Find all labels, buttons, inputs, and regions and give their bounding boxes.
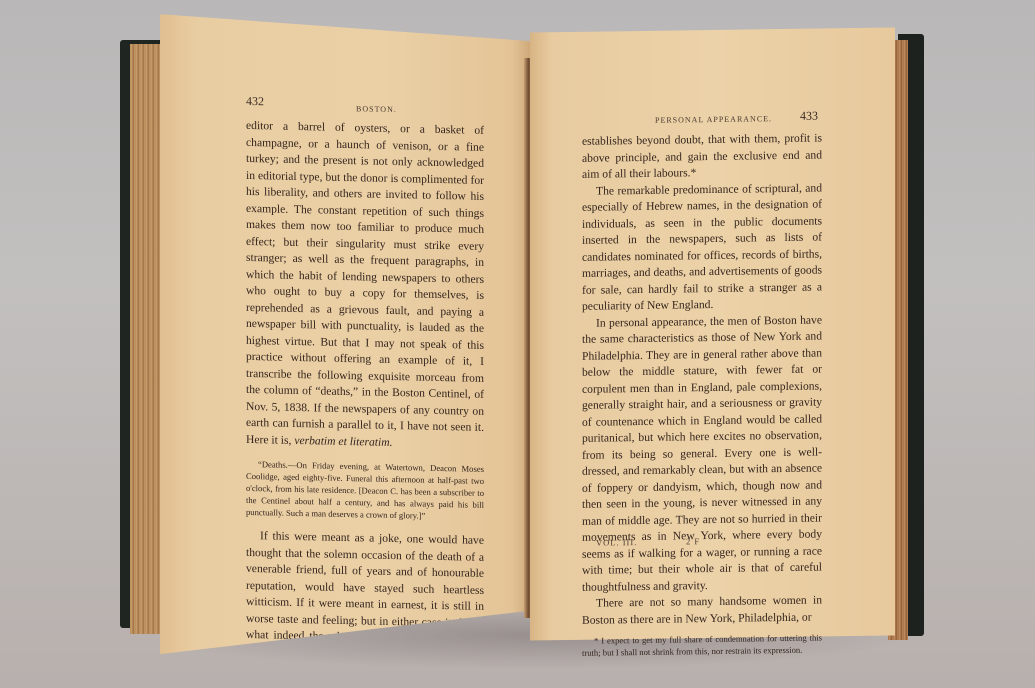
footnote: * I expect to get my full share of conde… [582, 631, 822, 658]
right-page: PERSONAL APPEARANCE. 433 establishes bey… [530, 27, 895, 640]
right-paragraph: The remarkable predominance of scriptura… [582, 180, 822, 315]
volume-signature: VOL. III. [596, 537, 637, 548]
left-page: 432 BOSTON. editor a barrel of oysters, … [160, 14, 530, 662]
quoted-notice: “Deaths.—On Friday evening, at Watertown… [246, 458, 484, 523]
page-edges-left [130, 44, 164, 634]
gathering-signature: 2 F [686, 536, 700, 546]
right-paragraph: In personal appearance, the men of Bosto… [582, 312, 822, 596]
right-page-text: establishes beyond doubt, that with them… [582, 130, 822, 668]
italic-phrase: verbatim et literatim. [294, 433, 392, 448]
page-number-right: 433 [800, 109, 818, 124]
left-page-text: editor a barrel of oysters, or a basket … [246, 118, 484, 681]
right-paragraph: establishes beyond doubt, that with them… [582, 130, 822, 183]
right-paragraph: There are not so many handsome women in … [582, 592, 822, 628]
page-number-left: 432 [246, 94, 264, 109]
running-head-left: BOSTON. [356, 104, 397, 114]
left-paragraph: editor a barrel of oysters, or a basket … [246, 118, 484, 453]
running-head-right: PERSONAL APPEARANCE. [655, 114, 772, 125]
